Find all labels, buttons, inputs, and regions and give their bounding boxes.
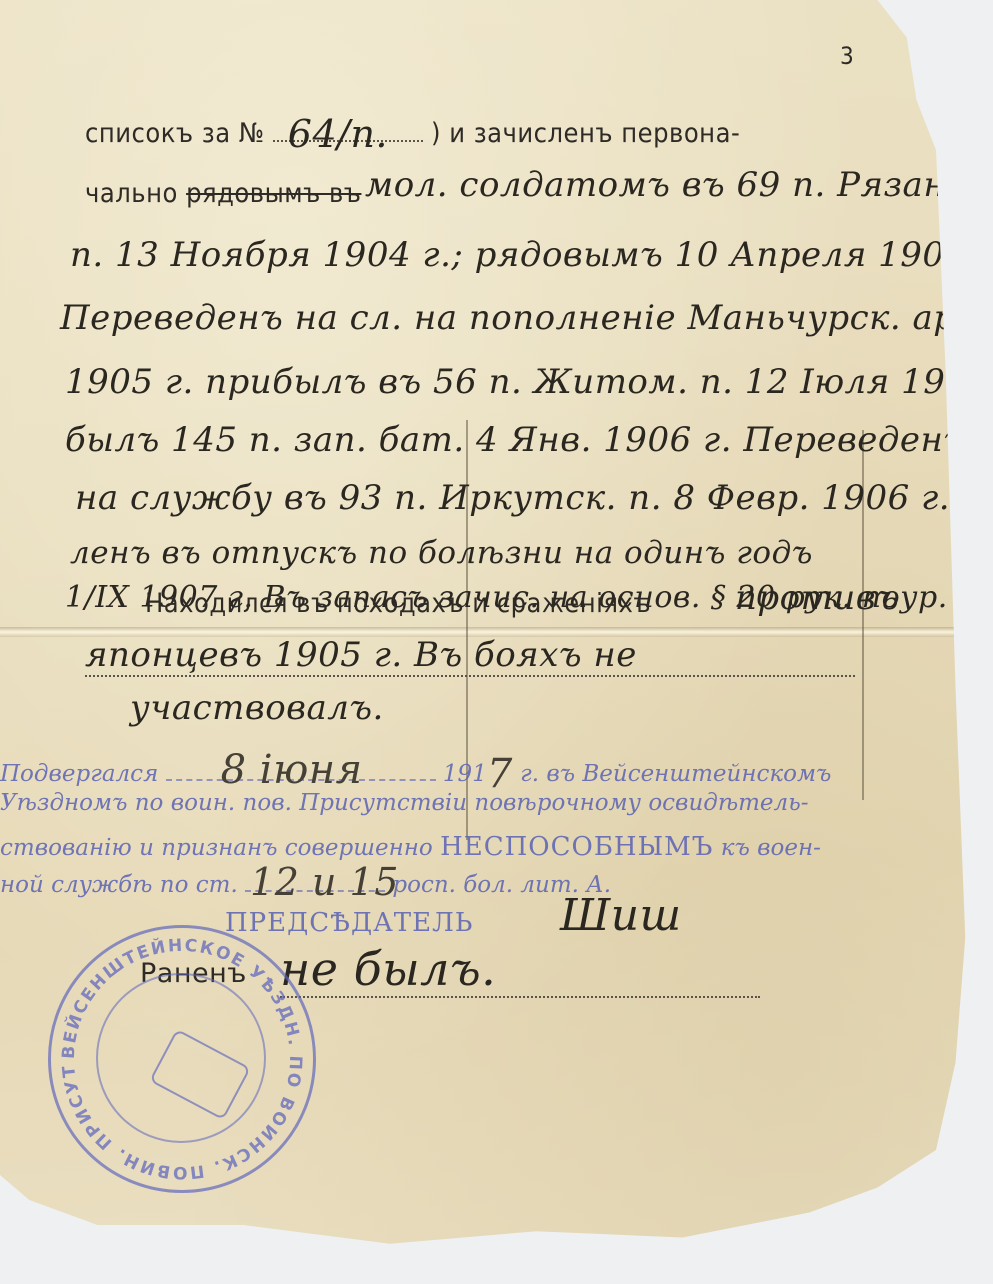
articles-field: 12 и 15 <box>245 890 385 892</box>
campaigns-line-3: участвовалъ. <box>130 688 384 728</box>
seal-ring-text: ВЕЙСЕНШТЕЙНСКОЕ УѢЗДН. ПО ВОИНСК. ПОВИН.… <box>51 928 313 1190</box>
service-label: ной службѣ по ст. <box>0 872 238 898</box>
handwritten-line-3: п. 13 Ноября 1904 г.; рядовымъ 10 Апреля… <box>70 235 993 275</box>
stamp-line-4: ной службѣ по ст. 12 и 15 росп. бол. лит… <box>0 872 611 898</box>
exam-date: 8 іюня <box>221 747 363 793</box>
initially-label: чально <box>85 178 178 209</box>
list-number-field: 64/п. <box>273 140 423 142</box>
official-seal: ВЕЙСЕНШТЕЙНСКОЕ УѢЗДН. ПО ВОИНСК. ПОВИН.… <box>48 925 316 1193</box>
document-page: 3 списокъ за № 64/п. ) и зачисленъ перво… <box>0 0 975 1250</box>
handwritten-line-5: 1905 г. прибылъ въ 56 п. Житом. п. 12 Ію… <box>65 362 993 402</box>
unfit-label: НЕСПОСОБНЫМЪ <box>440 832 713 862</box>
printed-line-2: чально рядовымъ въ <box>85 178 361 209</box>
stamp-line-2: Уѣздномъ по воин. пов. Присутствіи повѣр… <box>0 790 808 816</box>
campaigns-line-2: японцевъ 1905 г. Въ бояхъ не <box>85 635 855 677</box>
handwritten-line-4: Переведенъ на сл. на пополненіе Маньчурс… <box>60 298 993 338</box>
list-label: списокъ за № <box>85 118 265 149</box>
declared-label: ствованію и признанъ совершенно <box>0 835 433 861</box>
list-number: 64/п. <box>288 112 388 156</box>
stamp-line-3: ствованію и признанъ совершенно НЕСПОСОБ… <box>0 832 821 862</box>
svg-text:ВЕЙСЕНШТЕЙНСКОЕ УѢЗДН. ПО ВОИН: ВЕЙСЕНШТЕЙНСКОЕ УѢЗДН. ПО ВОИНСК. ПОВИН.… <box>51 928 305 1182</box>
district-label: г. въ Вейсенштейнскомъ <box>520 761 831 787</box>
campaigns-label: Находился въ походахъ и сраженіяхъ <box>145 588 651 619</box>
subjected-label: Подвергался <box>0 761 158 787</box>
campaigns-against: противъ <box>735 578 899 618</box>
handwritten-line-8: ленъ въ отпускъ по болѣзни на одинъ годъ <box>70 535 813 571</box>
handwritten-line-2: мол. солдатомъ въ 69 п. Рязан. <box>365 165 958 205</box>
exam-date-field: 8 іюня <box>166 779 436 781</box>
military-label: къ воен- <box>721 835 821 861</box>
printed-line-1: списокъ за № 64/п. ) и зачисленъ первона… <box>85 118 740 149</box>
page-number: 3 <box>840 42 854 70</box>
enlisted-label: ) и зачисленъ первона- <box>431 118 740 149</box>
handwritten-line-7: на службу въ 93 п. Иркутск. п. 8 Февр. 1… <box>75 478 993 518</box>
stamp-line-1: Подвергался 8 іюня 1917 г. въ Вейсенштей… <box>0 745 831 791</box>
chairman-signature: Шиш <box>560 890 682 941</box>
wounded-value: не былъ. <box>280 942 760 998</box>
handwritten-line-6: былъ 145 п. зап. бат. 4 Янв. 1906 г. Пер… <box>65 420 967 460</box>
struck-text: рядовымъ въ <box>186 178 361 209</box>
year-prefix: 191 <box>443 761 487 787</box>
articles-value: 12 и 15 <box>250 860 399 904</box>
